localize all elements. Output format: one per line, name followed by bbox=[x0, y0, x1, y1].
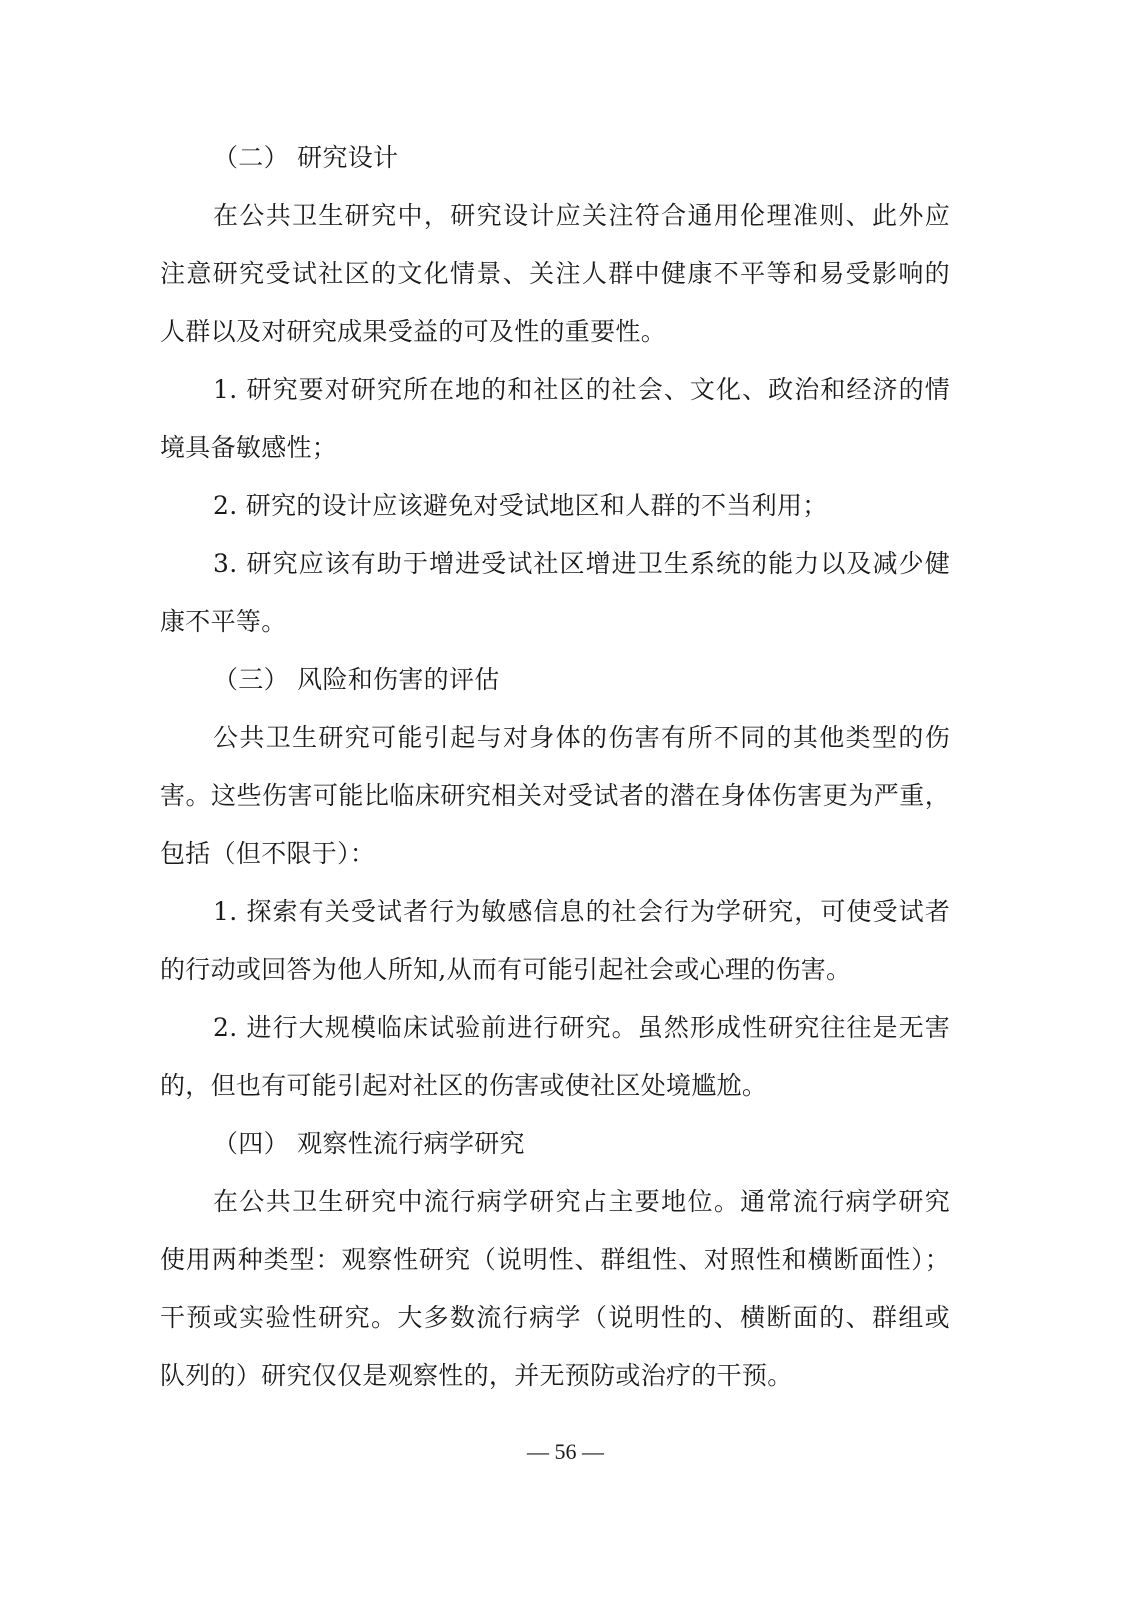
list-item-line: 3. 研究应该有助于增进受试社区增进卫生系统的能力以及减少健 bbox=[213, 544, 950, 584]
page-number: — 56 — bbox=[0, 1436, 1131, 1468]
paragraph-line: 使用两种类型：观察性研究（说明性、群组性、对照性和横断面性）； bbox=[160, 1240, 950, 1280]
list-item-line: 的，但也有可能引起对社区的伤害或使社区处境尴尬。 bbox=[160, 1066, 767, 1106]
section-heading-research-design: （二） 研究设计 bbox=[213, 138, 398, 178]
section-heading-observational-epidemiology: （四） 观察性流行病学研究 bbox=[213, 1124, 525, 1164]
paragraph-line: 干预或实验性研究。大多数流行病学（说明性的、横断面的、群组或 bbox=[160, 1298, 950, 1338]
paragraph-line: 害。这些伤害可能比临床研究相关对受试者的潜在身体伤害更为严重， bbox=[160, 776, 950, 816]
list-item-line: 康不平等。 bbox=[160, 602, 287, 642]
paragraph-line: 人群以及对研究成果受益的可及性的重要性。 bbox=[160, 312, 666, 352]
list-item-line: 2. 进行大规模临床试验前进行研究。虽然形成性研究往往是无害 bbox=[213, 1008, 950, 1048]
paragraph-line: 队列的）研究仅仅是观察性的，并无预防或治疗的干预。 bbox=[160, 1356, 793, 1396]
paragraph-line: 注意研究受试社区的文化情景、关注人群中健康不平等和易受影响的 bbox=[160, 254, 950, 294]
list-item-line: 2. 研究的设计应该避免对受试地区和人群的不当利用； bbox=[213, 486, 828, 526]
list-item-line: 境具备敏感性； bbox=[160, 428, 337, 468]
paragraph-line: 在公共卫生研究中流行病学研究占主要地位。通常流行病学研究 bbox=[213, 1182, 950, 1222]
list-item-line: 1. 研究要对研究所在地的和社区的社会、文化、政治和经济的情 bbox=[213, 370, 950, 410]
list-item-line: 的行动或回答为他人所知,从而有可能引起社会或心理的伤害。 bbox=[160, 950, 851, 990]
paragraph-line: 在公共卫生研究中，研究设计应关注符合通用伦理准则、此外应 bbox=[213, 196, 950, 236]
section-heading-risk-assessment: （三） 风险和伤害的评估 bbox=[213, 660, 500, 700]
list-item-line: 1. 探索有关受试者行为敏感信息的社会行为学研究，可使受试者 bbox=[213, 892, 950, 932]
paragraph-line: 公共卫生研究可能引起与对身体的伤害有所不同的其他类型的伤 bbox=[213, 718, 950, 758]
paragraph-line: 包括（但不限于）： bbox=[160, 834, 375, 874]
